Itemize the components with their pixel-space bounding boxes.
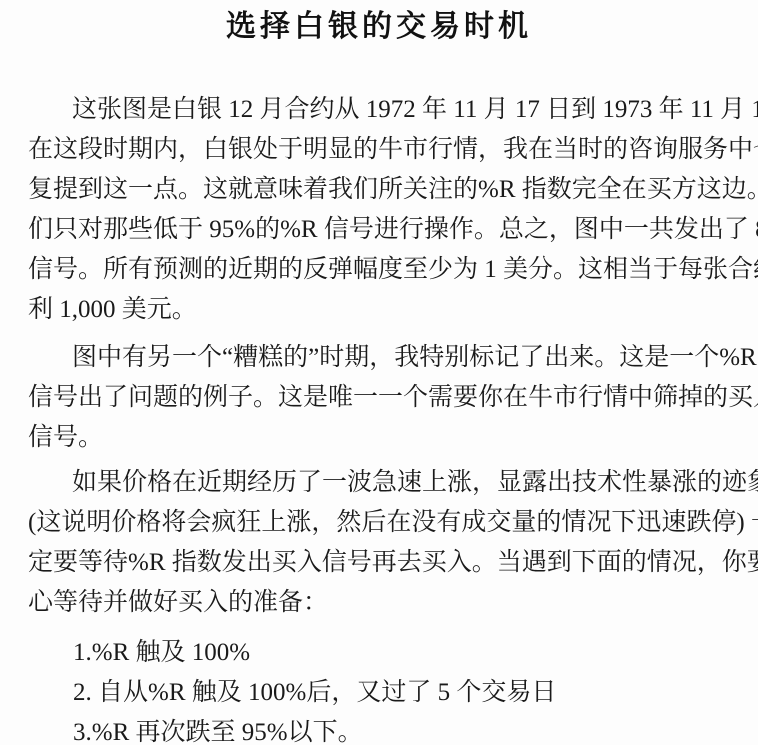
- text-line: 在这段时期内，白银处于明显的牛市行情，我在当时的咨询服务中也反: [28, 130, 735, 170]
- text-line: (这说明价格将会疯狂上涨，然后在没有成交量的情况下迅速跌停) 一: [28, 503, 735, 543]
- text-line: 利 1,000 美元。: [28, 290, 735, 330]
- text-line: 复提到这一点。这就意味着我们所关注的%R 指数完全在买方这边。我: [28, 170, 735, 210]
- paragraph-silver-chart: 这张图是白银 12 月合约从 1972 年 11 月 17 日到 1973 年 …: [28, 90, 735, 330]
- numbered-list: 1.%R 触及 100% 2. 自从%R 触及 100%后，又过了 5 个交易日…: [28, 633, 735, 745]
- text-line: 信号出了问题的例子。这是唯一一个需要你在牛市行情中筛掉的买入: [28, 378, 735, 418]
- document-body: 这张图是白银 12 月合约从 1972 年 11 月 17 日到 1973 年 …: [28, 90, 735, 745]
- text-line: 定要等待%R 指数发出买入信号再去买入。当遇到下面的情况，你要耐: [28, 543, 735, 583]
- text-line: 图中有另一个“糟糕的”时期，我特别标记了出来。这是一个%R: [28, 338, 735, 378]
- list-item: 1.%R 触及 100%: [28, 633, 735, 673]
- list-item: 3.%R 再次跌至 95%以下。: [28, 713, 735, 745]
- page-title: 选择白银的交易时机: [0, 0, 758, 48]
- document-page: 选择白银的交易时机 这张图是白银 12 月合约从 1972 年 11 月 17 …: [0, 0, 758, 745]
- text-line: 信号。所有预测的近期的反弹幅度至少为 1 美分。这相当于每张合约获: [28, 250, 735, 290]
- list-item: 2. 自从%R 触及 100%后，又过了 5 个交易日: [28, 673, 735, 713]
- text-line: 心等待并做好买入的准备：: [28, 583, 735, 623]
- text-line: 信号。: [28, 418, 735, 458]
- paragraph-bad-period: 图中有另一个“糟糕的”时期，我特别标记了出来。这是一个%R 信号出了问题的例子。…: [28, 338, 735, 458]
- text-line: 如果价格在近期经历了一波急速上涨，显露出技术性暴涨的迹象，: [28, 463, 735, 503]
- text-line: 这张图是白银 12 月合约从 1972 年 11 月 17 日到 1973 年 …: [28, 90, 735, 130]
- paragraph-buy-signal-rules: 如果价格在近期经历了一波急速上涨，显露出技术性暴涨的迹象， (这说明价格将会疯狂…: [28, 463, 735, 623]
- text-line: 们只对那些低于 95%的%R 信号进行操作。总之，图中一共发出了 8 次: [28, 210, 735, 250]
